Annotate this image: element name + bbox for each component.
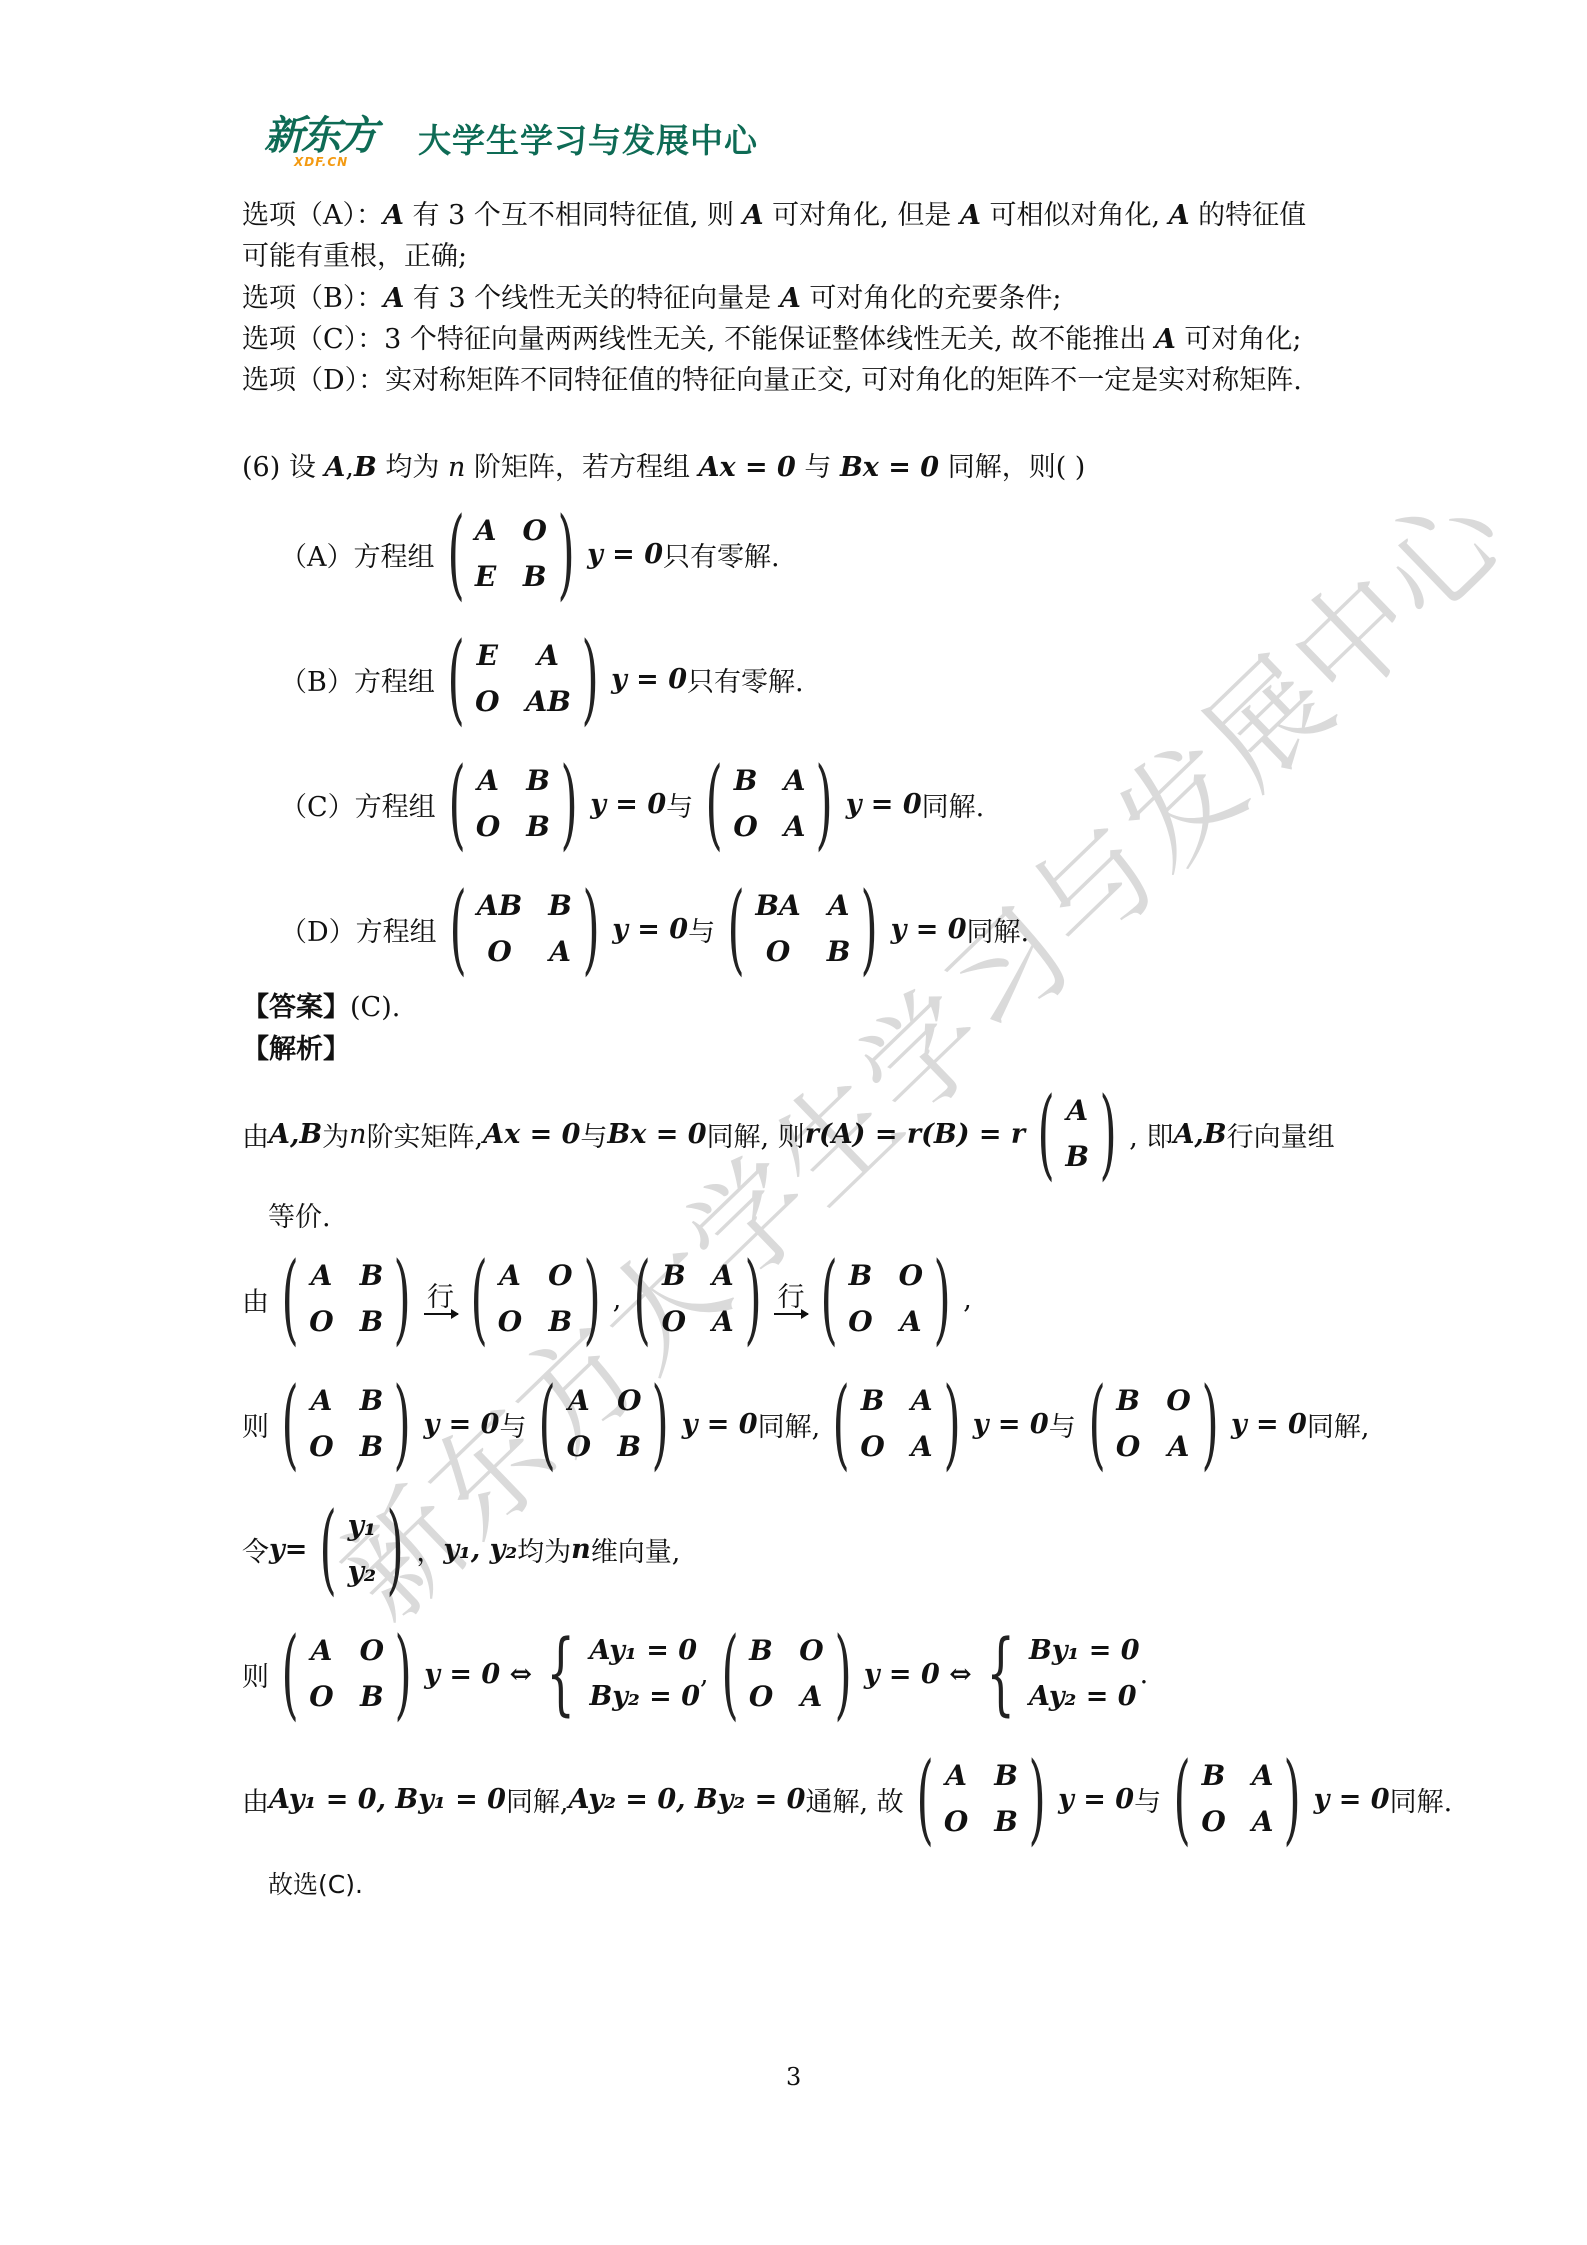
logo-cn-text: 新东方 bbox=[264, 114, 375, 158]
matrix: (BOOA) bbox=[711, 1625, 862, 1723]
answer-value: (C). bbox=[350, 992, 400, 1023]
matrix: (BAOA) bbox=[623, 1250, 772, 1348]
option-a-explanation-line2: 可能有重根，正确; bbox=[242, 237, 467, 277]
analysis-conclusion: 故选(C). bbox=[268, 1865, 363, 1905]
option-b-explanation: 选项（B）：A 有 3 个线性无关的特征向量是 A 可对角化的充要条件; bbox=[242, 279, 1061, 319]
matrix: (BAOA) bbox=[822, 1375, 971, 1473]
question-option-b: （B）方程组 (EAOAB) y = 0 只有零解. bbox=[280, 630, 804, 728]
analysis-label: 【解析】 bbox=[242, 1030, 350, 1070]
answer-label: 【答案】 bbox=[242, 992, 350, 1023]
logo-en-text: XDF.CN bbox=[294, 155, 348, 169]
option-c-explanation: 选项（C）：3 个特征向量两两线性无关, 不能保证整体线性无关, 故不能推出 A… bbox=[242, 320, 1302, 360]
column-matrix: (AB) bbox=[1027, 1085, 1127, 1183]
analysis-line-3: 由 (ABOB) 行 (AOOB) , (BAOA) 行 (BOOA) , bbox=[242, 1250, 972, 1348]
analysis-line-2: 等价. bbox=[268, 1198, 331, 1238]
matrix: (BAAOB) bbox=[717, 880, 889, 978]
matrix: (ABBOA) bbox=[439, 880, 611, 978]
answer-line: 【答案】(C). bbox=[242, 988, 400, 1028]
row-transform-arrow: 行 bbox=[424, 1283, 458, 1315]
matrix: (BOOA) bbox=[1078, 1375, 1229, 1473]
matrix: (ABOB) bbox=[906, 1750, 1057, 1848]
matrix: (BOOA) bbox=[810, 1250, 961, 1348]
matrix: (ABOB) bbox=[271, 1250, 422, 1348]
equation-system: By₁ = 0Ay₂ = 0 bbox=[1029, 1628, 1140, 1720]
header-title: 大学生学习与发展中心 bbox=[418, 122, 758, 160]
matrix: (AOOB) bbox=[271, 1625, 422, 1723]
document-page: 新东方 XDF.CN 大学生学习与发展中心 新东方大学生学习与发展中心 选项（A… bbox=[0, 0, 1587, 2245]
row-transform-arrow: 行 bbox=[774, 1283, 808, 1315]
matrix: (AOOB) bbox=[528, 1375, 679, 1473]
matrix: (ABOB) bbox=[438, 755, 589, 853]
matrix: (BAOA) bbox=[1163, 1750, 1312, 1848]
xdf-logo: 新东方 XDF.CN bbox=[264, 114, 404, 172]
matrix: (AOEB) bbox=[437, 505, 586, 603]
page-number: 3 bbox=[786, 2063, 801, 2091]
analysis-line-7: 由 Ay₁ = 0, By₁ = 0 同解, Ay₂ = 0, By₂ = 0 … bbox=[242, 1750, 1452, 1848]
matrix: (EAOAB) bbox=[437, 630, 609, 728]
column-vector: (y₁y₂) bbox=[309, 1500, 414, 1598]
question-option-a: （A）方程组 (AOEB) y = 0 只有零解. bbox=[280, 505, 780, 603]
option-d-explanation: 选项（D）：实对称矩阵不同特征值的特征向量正交, 可对角化的矩阵不一定是实对称矩… bbox=[242, 361, 1302, 401]
matrix: (AOOB) bbox=[460, 1250, 611, 1348]
matrix: (BAOA) bbox=[695, 755, 844, 853]
question-option-c: （C）方程组 (ABOB) y = 0 与 (BAOA) y = 0 同解. bbox=[280, 755, 984, 853]
question-stem: (6) 设 A,B 均为 n 阶矩阵，若方程组 Ax = 0 与 Bx = 0 … bbox=[242, 448, 1085, 488]
matrix: (ABOB) bbox=[271, 1375, 422, 1473]
option-a-explanation-line1: 选项（A）：A 有 3 个互不相同特征值, 则 A 可对角化, 但是 A 可相似… bbox=[242, 196, 1306, 236]
header-logo: 新东方 XDF.CN 大学生学习与发展中心 bbox=[264, 112, 758, 172]
analysis-line-4: 则 (ABOB) y = 0 与 (AOOB) y = 0 同解, (BAOA)… bbox=[242, 1375, 1369, 1473]
analysis-line-6: 则 (AOOB) y = 0 ⇔ { Ay₁ = 0By₂ = 0 , (BOO… bbox=[242, 1625, 1148, 1723]
equation-system: Ay₁ = 0By₂ = 0 bbox=[589, 1628, 700, 1720]
analysis-line-5: 令 y = (y₁y₂) ，y₁, y₂ 均为 n 维向量, bbox=[242, 1500, 680, 1598]
analysis-line-1: 由 A,B 为 n 阶实矩阵, Ax = 0 与 Bx = 0 同解, 则 r(… bbox=[242, 1085, 1335, 1183]
question-option-d: （D）方程组 (ABBOA) y = 0 与 (BAAOB) y = 0 同解. bbox=[280, 880, 1029, 978]
